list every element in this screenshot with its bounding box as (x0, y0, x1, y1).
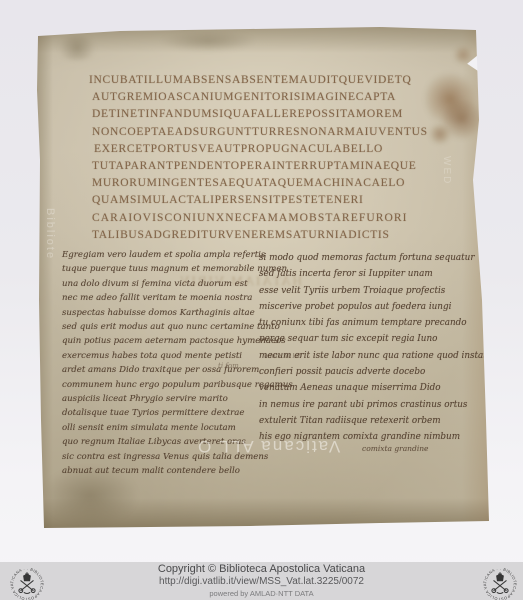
vatican-library-stamp-right: · BIBLIOTECA APOSTOLICA VATICANA · (481, 565, 519, 600)
capital-line: CARAIOVISCONIUNXNECFAMAMOBSTAREFURORI (92, 210, 452, 227)
cursive-column-right: si modo quod memoras factum fortuna sequ… (259, 250, 487, 446)
cursive-line: miscerive probet populos aut foedera iun… (259, 299, 487, 315)
stain (160, 30, 256, 52)
watermark-text: Vaticana ALL O (196, 436, 340, 456)
cursive-line: si modo quod memoras factum fortuna sequ… (259, 250, 487, 266)
vatican-library-stamp-left: · BIBLIOTECA APOSTOLICA VATICANA · (8, 565, 46, 600)
capital-line: AUTGREMIOASCANIUMGENITORISIMAGINECAPTA (92, 89, 452, 106)
capital-line: MURORUMINGENTESAEQUATAQUEMACHINACAELO (92, 175, 452, 192)
capital-line: DETINETINFANDUMSIQUAFALLEREPOSSITAMOREM (92, 106, 452, 123)
capital-line: TUTAPARANTPENDENTOPERAINTERRUPTAMINAEQUE (92, 158, 452, 175)
parchment-edge-shadow (38, 27, 478, 53)
cursive-line: abnuat aut tecum malit contendere bello (62, 464, 293, 478)
cursive-line: venatum Aeneas unaque miserrima Dido (259, 380, 487, 396)
cursive-line: confieri possit paucis adverte docebo (259, 364, 487, 380)
watermark-text: Bibliote (44, 208, 56, 260)
capital-line: EXERCETPORTUSVEAUTPROPUGNACULABELLO (94, 141, 454, 158)
capital-line: INCUBATILLUMABSENSABSENTEMAUDITQUEVIDETQ (89, 72, 449, 89)
copyright-text: Copyright © Biblioteca Apostolica Vatica… (0, 563, 523, 575)
marginal-note: ti fom (218, 362, 239, 370)
cursive-line: in nemus ire parant ubi primos crastinus… (259, 397, 487, 413)
capital-line: QUAMSIMULACTALIPERSENSITPESTETENERI (92, 192, 452, 209)
powered-by-text: powered by AMLAD·NTT DATA (0, 589, 523, 598)
cursive-line: esse velit Tyriis urbem Troiaque profect… (259, 283, 487, 299)
stain (54, 36, 100, 60)
cursive-line: tu coniunx tibi fas animum temptare prec… (259, 315, 487, 331)
source-url-text: http://digi.vatlib.it/view/MSS_Vat.lat.3… (0, 576, 523, 587)
viewer-page: HATAIAM VIRIV SONAM INCUBATILLUMABSENSAB… (0, 0, 523, 600)
capital-line: TALIBUSADGREDITURVENEREMSATURNIADICTIS (92, 227, 452, 244)
watermark-text: WED (441, 156, 452, 185)
cursive-line: extulerit Titan radiisque retexerit orbe… (259, 413, 487, 429)
cursive-line: perge sequar tum sic excepit regia Iuno (259, 331, 487, 347)
interlinear-gloss: uante ne lab (264, 353, 302, 360)
bleedthrough-text: SONAM (25, 197, 40, 250)
rustic-capitals-block: INCUBATILLUMABSENSABSENTEMAUDITQUEVIDETQ… (92, 72, 452, 244)
manuscript-image[interactable]: HATAIAM VIRIV SONAM INCUBATILLUMABSENSAB… (0, 0, 523, 600)
parchment-edge-shadow (37, 30, 53, 530)
cursive-line: sed fatis incerta feror si Iuppiter unam (259, 266, 487, 282)
parchment-leaf: HATAIAM VIRIV SONAM INCUBATILLUMABSENSAB… (0, 0, 523, 600)
catchword: comixta grandine (362, 444, 428, 453)
capital-line: NONCOEPTAEADSURGUNTTURRESNONARMAIUVENTUS (92, 124, 452, 141)
